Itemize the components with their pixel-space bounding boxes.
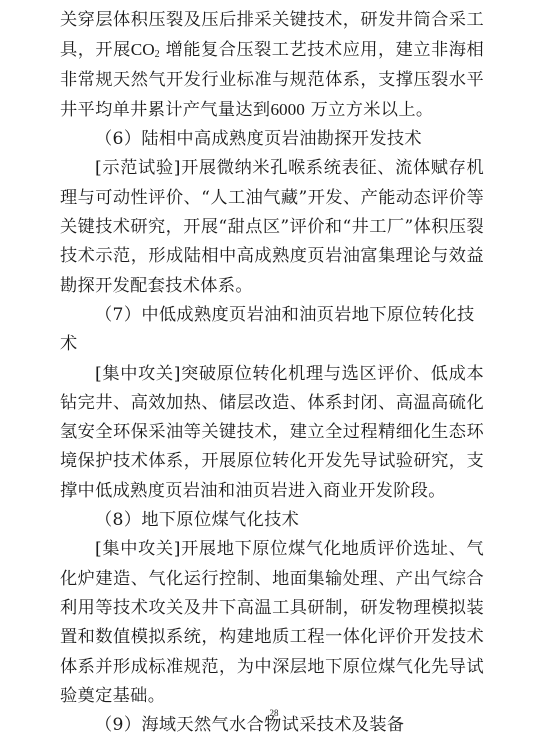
category-tag: [集中攻关] xyxy=(95,364,181,384)
paragraph-section-7: [集中攻关]突破原位转化机理与选区评价、低成本钻完井、高效加热、储层改造、体系封… xyxy=(60,360,484,506)
paragraph-text: 万立方米以上。 xyxy=(305,100,434,120)
section-heading-8: （8）地下原位煤气化技术 xyxy=(60,506,484,535)
paragraph-continuation: 关穿层体积压裂及压后排采关键技术，研发井筒合采工具，开展CO2 增能复合压裂工艺… xyxy=(60,6,484,125)
paragraph-text: 开展地下原位煤气化地质评价选址、气化炉建造、气化运行控制、地面集输处理、产出气综… xyxy=(60,539,484,705)
number-value: 6000 xyxy=(270,100,304,119)
paragraph-text: 突破原位转化机理与选区评价、低成本钻完井、高效加热、储层改造、体系封闭、高温高硫… xyxy=(60,364,484,501)
category-tag: [示范试验] xyxy=(95,158,181,178)
category-tag: [集中攻关] xyxy=(95,539,181,559)
paragraph-section-6: [示范试验]开展微纳米孔喉系统表征、流体赋存机理与可动性评价、“人工油气藏”开发… xyxy=(60,154,484,300)
paragraph-text: 开展微纳米孔喉系统表征、流体赋存机理与可动性评价、“人工油气藏”开发、产能动态评… xyxy=(60,158,484,295)
page-number: 28 xyxy=(0,708,548,718)
chemical-formula-co2: CO2 xyxy=(131,40,160,59)
paragraph-section-8: [集中攻关]开展地下原位煤气化地质评价选址、气化炉建造、气化运行控制、地面集输处… xyxy=(60,535,484,711)
section-heading-6: （6）陆相中高成熟度页岩油勘探开发技术 xyxy=(60,125,484,154)
document-page: 关穿层体积压裂及压后排采关键技术，研发井筒合采工具，开展CO2 增能复合压裂工艺… xyxy=(60,6,484,736)
section-heading-7: （7）中低成熟度页岩油和油页岩地下原位转化技术 xyxy=(60,301,484,360)
